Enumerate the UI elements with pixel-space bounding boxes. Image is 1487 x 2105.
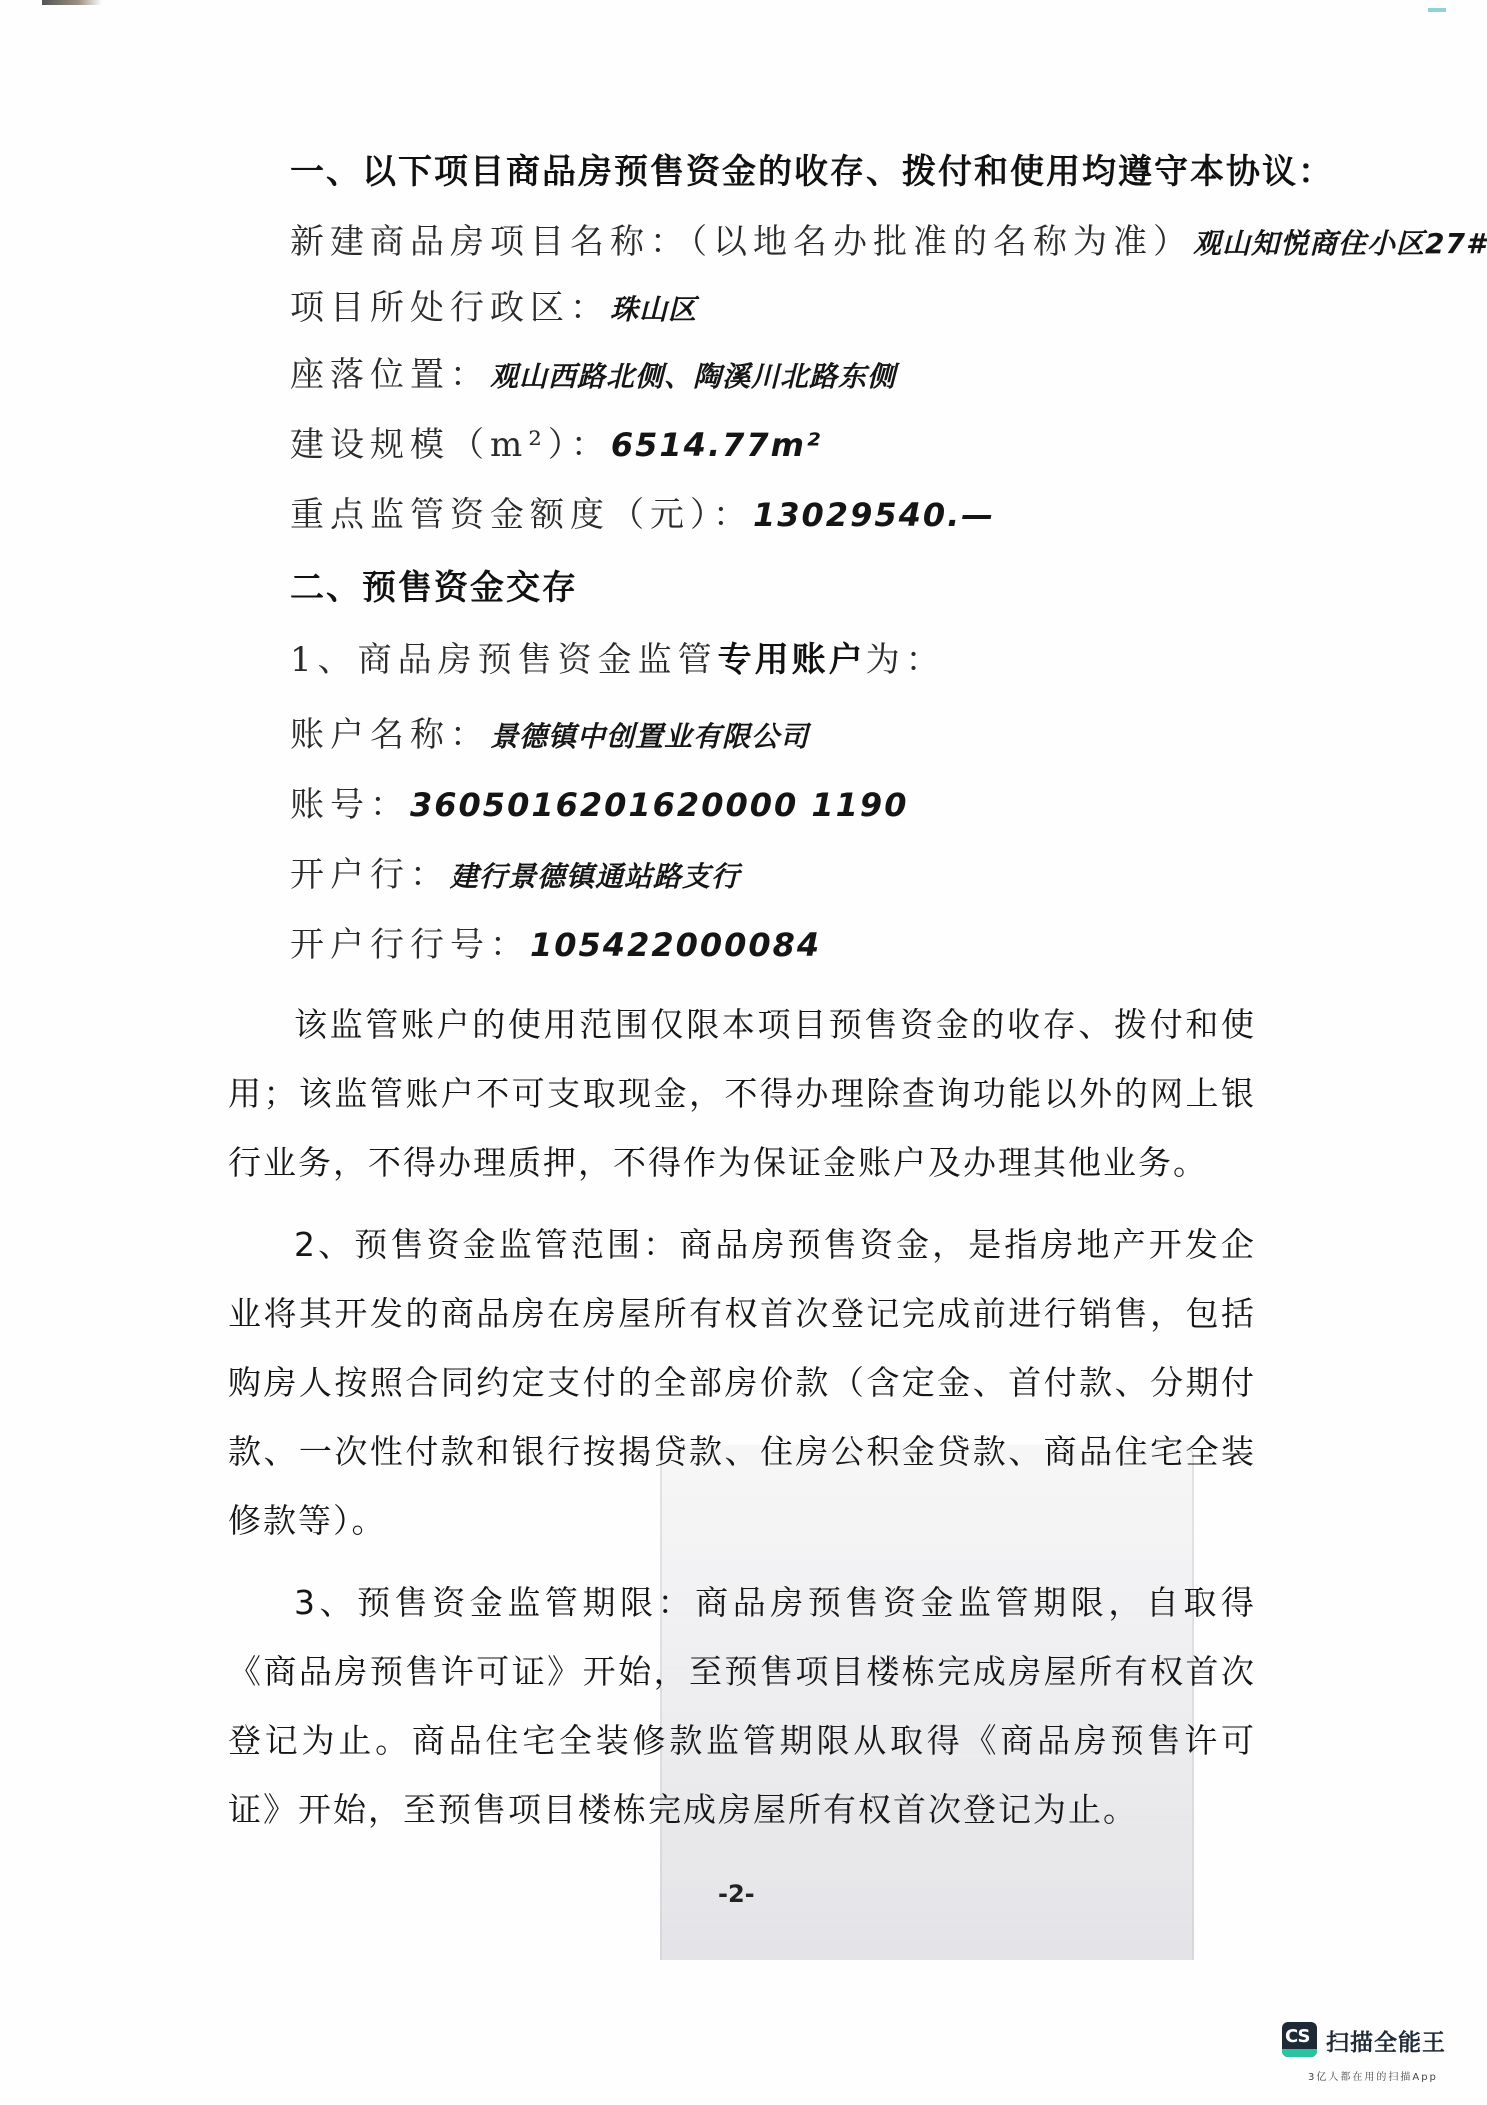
page-number: -2-	[718, 1880, 755, 1908]
scan-edge-artifact	[42, 0, 102, 5]
field-account-name: 账户名称：景德镇中创置业有限公司	[290, 715, 809, 757]
field-label: 建设规模（m²）：	[290, 425, 611, 465]
handwritten-value: 珠山区	[610, 293, 697, 326]
field-label: 账号：	[290, 785, 410, 825]
field-bank: 开户行：建行景德镇通站路支行	[290, 855, 740, 897]
camscanner-logo-icon: CS	[1282, 2022, 1317, 2057]
account-usage-paragraph: 该监管账户的使用范围仅限本项目预售资金的收存、拨付和使用；该监管账户不可支取现金…	[228, 990, 1256, 1197]
watermark-title: 扫描全能王	[1326, 2024, 1446, 2057]
field-supervised-amount: 重点监管资金额度（元）：13029540.—	[290, 495, 995, 535]
handwritten-value: 观山知悦商住小区27#	[1193, 227, 1486, 260]
field-label: 开户行行号：	[290, 925, 530, 965]
handwritten-value: 建行景德镇通站路支行	[450, 860, 740, 893]
intro-text: 1、商品房预售资金监管	[290, 640, 718, 680]
watermark-subtitle: 3亿人都在用的扫描App	[1308, 2068, 1438, 2083]
handwritten-value: 105422000084	[530, 926, 821, 964]
handwritten-value: 13029540.—	[753, 496, 995, 534]
field-label: 新建商品房项目名称：（以地名办批准的名称为准）	[290, 222, 1193, 262]
field-label: 项目所处行政区：	[290, 288, 610, 328]
scanner-watermark: CS 扫描全能王 3亿人都在用的扫描App	[1282, 2022, 1482, 2092]
supervision-scope-paragraph: 2、预售资金监管范围：商品房预售资金，是指房地产开发企业将其开发的商品房在房屋所…	[228, 1210, 1256, 1555]
section-2-heading: 二、预售资金交存	[290, 568, 578, 608]
field-label: 座落位置：	[290, 355, 490, 395]
field-bank-code: 开户行行号：105422000084	[290, 925, 821, 965]
supervision-period-paragraph: 3、预售资金监管期限：商品房预售资金监管期限，自取得《商品房预售许可证》开始，至…	[228, 1568, 1256, 1844]
field-label: 开户行：	[290, 855, 450, 895]
scanned-page: 一、以下项目商品房预售资金的收存、拨付和使用均遵守本协议： 新建商品房项目名称：…	[0, 0, 1487, 2105]
intro-text: 为：	[866, 640, 946, 680]
field-construction-scale: 建设规模（m²）：6514.77m²	[290, 425, 822, 465]
handwritten-value: 6514.77m²	[611, 426, 822, 464]
field-label: 账户名称：	[290, 715, 490, 755]
account-intro: 1、商品房预售资金监管专用账户为：	[290, 640, 946, 680]
field-account-number: 账号：3605016201620000 1190	[290, 785, 908, 825]
field-district: 项目所处行政区：珠山区	[290, 288, 697, 330]
handwritten-value: 观山西路北侧、陶溪川北路东侧	[490, 360, 896, 393]
handwritten-value: 3605016201620000 1190	[410, 786, 908, 824]
scan-edge-artifact	[1428, 8, 1446, 12]
field-label: 重点监管资金额度（元）：	[290, 495, 753, 535]
section-1-heading: 一、以下项目商品房预售资金的收存、拨付和使用均遵守本协议：	[290, 152, 1334, 192]
field-project-name: 新建商品房项目名称：（以地名办批准的名称为准）观山知悦商住小区27#	[290, 222, 1486, 264]
field-location: 座落位置：观山西路北侧、陶溪川北路东侧	[290, 355, 896, 397]
handwritten-value: 景德镇中创置业有限公司	[490, 720, 809, 753]
logo-text: CS	[1285, 2026, 1310, 2047]
intro-bold-text: 专用账户	[718, 640, 866, 680]
